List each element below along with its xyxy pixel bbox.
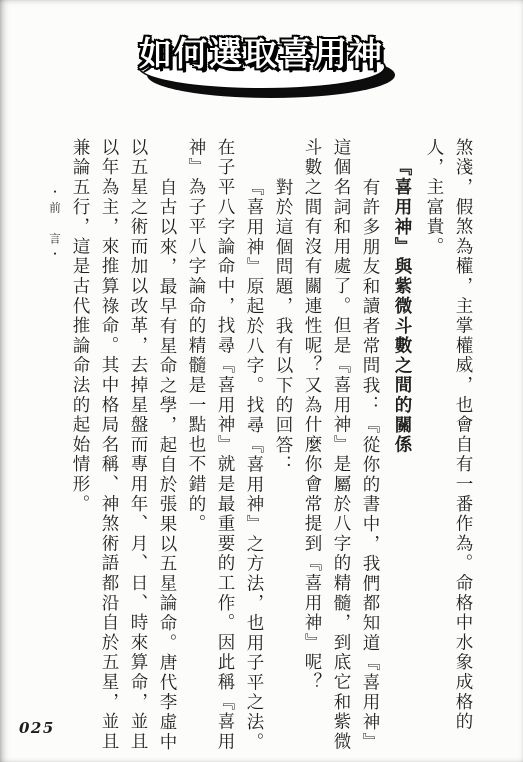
paragraph-continuation: 煞淺，假煞為權，主掌權威，也會自有一番作為。命格中水象成格的人，主富貴。 bbox=[420, 138, 478, 760]
section-heading: 『喜用神』與紫微斗數之間的關係 bbox=[388, 138, 417, 760]
book-page: 如何選取喜用神 煞淺，假煞為權，主掌權威，也會自有一番作為。命格中水象成格的人，… bbox=[0, 0, 523, 762]
paragraph-question: 有許多朋友和讀者常問我：『從你的書中，我們都知道『喜用神』這個名詞和用處了。但是… bbox=[298, 138, 385, 760]
paragraph-answer-origin: 『喜用神』原起於八字。找尋『喜用神』之方法，也用子平之法。在子平八字論命中，找尋… bbox=[182, 138, 269, 760]
page-number: 025 bbox=[19, 719, 55, 737]
chapter-banner: 如何選取喜用神 bbox=[102, 22, 422, 100]
paragraph-answer-intro: 對於這個問題，我有以下的回答： bbox=[269, 138, 298, 760]
margin-label-preface: ・前 言・ bbox=[46, 186, 62, 264]
chapter-title: 如何選取喜用神 bbox=[102, 28, 422, 75]
body-text-block: 煞淺，假煞為權，主掌權威，也會自有一番作為。命格中水象成格的人，主富貴。 『喜用… bbox=[66, 138, 478, 760]
paragraph-history: 自古以來，最早有星命之學，起自於張果以五星論命。唐代李虛中以五星之術而加以改革，… bbox=[66, 138, 182, 760]
